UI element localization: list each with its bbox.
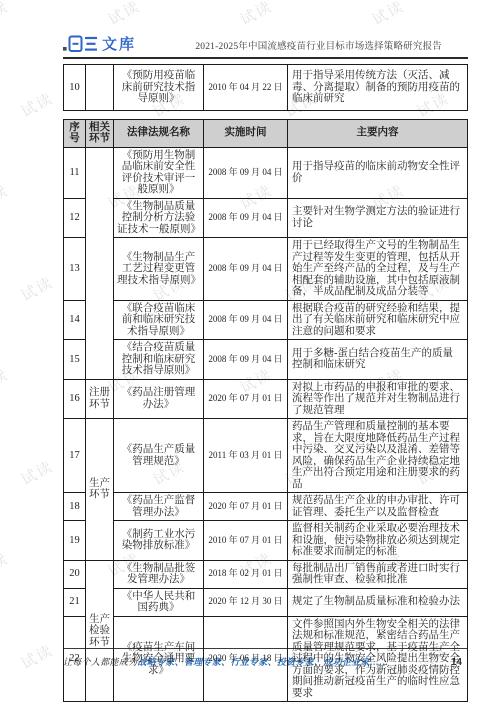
watermark-text: 试读: [0, 0, 12, 30]
page-header: 文库 2021-2025年中国流感疫苗行业目标市场选择策略研究报告: [63, 27, 468, 59]
content-cell: 用于已经取得生产文号的生物制品生产过程等发生变更的管理，包括从开始生产至终产品的…: [288, 238, 468, 301]
row-no-cell: 15: [64, 340, 86, 380]
header-date: 实施时间: [204, 119, 288, 147]
stage-cell: 生产检验环节: [86, 560, 114, 702]
date-cell: 2010 年 07 月 01 日: [204, 521, 288, 561]
site-logo: 文库: [63, 33, 136, 54]
header-no: 序号: [64, 119, 86, 147]
report-title: 2021-2025年中国流感疫苗行业目标市场选择策略研究报告: [195, 38, 442, 54]
law-name-cell: 《中华人民共和国药典》: [114, 588, 204, 616]
table-row: 12 《生物制品质量控制分析方法验证技术一般原则》 2008 年 09 月 04…: [64, 198, 468, 238]
table-row: 17 生产环节 《药品生产质量管理规范》 2011 年 03 月 01 日 药品…: [64, 419, 468, 493]
date-cell: 2020 年 12 月 30 日: [204, 588, 288, 616]
law-name-cell: 《疫苗生产车间生物安全通用要求》: [114, 616, 204, 702]
table-row: 14 《联合疫苗临床前和临床研究技术指导原则》 2008 年 09 月 04 日…: [64, 300, 468, 340]
content-cell: 药品生产管理和质量控制的基本要求，旨在大限度地降低药品生产过程中污染、交叉污染以…: [288, 419, 468, 493]
law-name-cell: 《预防用生物制品临床前安全性评价技术审评一般原则》: [114, 147, 204, 198]
regulations-table-continued: 10 《预防用疫苗临床前研究技术指导原则》 2010 年 04 月 22 日 用…: [63, 64, 468, 111]
content-cell: 对拟上市药品的申报和审批的要求、流程等作出了规范并对生物制品进行了规范管理: [288, 379, 468, 419]
row-no-cell: 14: [64, 300, 86, 340]
row-no-cell: 12: [64, 198, 86, 238]
row-no-cell: 18: [64, 493, 86, 521]
table-row: 11 《预防用生物制品临床前安全性评价技术审评一般原则》 2008 年 09 月…: [64, 147, 468, 198]
content-cell: 每批制品出厂销售前或者进口时实行强制性审查、检验和批准: [288, 560, 468, 588]
content-cell: 用于指导采用传统方法（灭活、减毒、分离提取）制备的预防用疫苗的临床前研究: [288, 65, 468, 111]
stage-cell: 注册环节: [86, 379, 114, 419]
law-name-cell: 《药品生产监督管理办法》: [114, 493, 204, 521]
stage-cell: 生产环节: [86, 419, 114, 561]
date-cell: 2020 年 06 月 18 日: [204, 616, 288, 702]
table-row: 10 《预防用疫苗临床前研究技术指导原则》 2010 年 04 月 22 日 用…: [64, 65, 468, 111]
content-cell: 规范药品生产企业的申办审批、许可证管理、委托生产以及监督检查: [288, 493, 468, 521]
law-name-cell: 《药品生产质量管理规范》: [114, 419, 204, 493]
content-cell: 规定了生物制品质量标准和检验办法: [288, 588, 468, 616]
row-no-cell: 16: [64, 379, 86, 419]
law-name-cell: 《预防用疫苗临床前研究技术指导原则》: [114, 65, 204, 111]
table-row: 13 《生物制品生产工艺过程变更管理技术指导原则》 2008 年 09 月 04…: [64, 238, 468, 301]
document-page: 文库 2021-2025年中国流感疫苗行业目标市场选择策略研究报告 10 《预防…: [63, 0, 468, 702]
table-row: 22 《疫苗生产车间生物安全通用要求》 2020 年 06 月 18 日 文件参…: [64, 616, 468, 702]
regulations-table: 序号 相关环节 法律法规名称 实施时间 主要内容 11 《预防用生物制品临床前安…: [63, 119, 468, 703]
logo-wordmark: 文库: [102, 33, 136, 54]
date-cell: 2011 年 03 月 01 日: [204, 419, 288, 493]
watermark-text: 试读: [0, 179, 12, 214]
table-row: 16 注册环节 《药品注册管理办法》 2020 年 07 月 01 日 对拟上市…: [64, 379, 468, 419]
watermark-text: 试读: [17, 87, 57, 122]
date-cell: 2008 年 09 月 04 日: [204, 238, 288, 301]
content-cell: 文件参照国内外生物安全相关的法律法规和标准规范，紧密结合药品生产质量管理规范要求…: [288, 616, 468, 702]
row-no-cell: 19: [64, 521, 86, 561]
table-row: 18 《药品生产监督管理办法》 2020 年 07 月 01 日 规范药品生产企…: [64, 493, 468, 521]
row-no-cell: 13: [64, 238, 86, 301]
content-cell: 主要针对生物学测定方法的验证进行讨论: [288, 198, 468, 238]
header-content: 主要内容: [288, 119, 468, 147]
logo-icon: [63, 34, 99, 54]
date-cell: 2008 年 09 月 04 日: [204, 198, 288, 238]
content-cell: 用于多糖-蛋白结合疫苗生产的质量控制和临床研究: [288, 340, 468, 380]
date-cell: 2020 年 07 月 01 日: [204, 493, 288, 521]
date-cell: 2008 年 09 月 04 日: [204, 147, 288, 198]
table-header-row: 序号 相关环节 法律法规名称 实施时间 主要内容: [64, 119, 468, 147]
date-cell: 2008 年 09 月 04 日: [204, 300, 288, 340]
content-cell: 用于指导疫苗的临床前动物安全性评价: [288, 147, 468, 198]
header-stage: 相关环节: [86, 119, 114, 147]
law-name-cell: 《生物制品质量控制分析方法验证技术一般原则》: [114, 198, 204, 238]
row-no-cell: 22: [64, 616, 86, 702]
watermark-text: 试读: [17, 271, 57, 306]
row-no-cell: 20: [64, 560, 86, 588]
date-cell: 2020 年 07 月 01 日: [204, 379, 288, 419]
table-row: 19 《制药工业水污染物排放标准》 2010 年 07 月 01 日 监督相关制…: [64, 521, 468, 561]
law-name-cell: 《生物制品生产工艺过程变更管理技术指导原则》: [114, 238, 204, 301]
table-row: 21 《中华人民共和国药典》 2020 年 12 月 30 日 规定了生物制品质…: [64, 588, 468, 616]
date-cell: 2010 年 04 月 22 日: [204, 65, 288, 111]
row-no-cell: 10: [64, 65, 86, 111]
watermark-text: 试读: [0, 547, 12, 582]
stage-cell: [86, 147, 114, 379]
law-name-cell: 《生物制品批签发管理办法》: [114, 560, 204, 588]
date-cell: 2008 年 09 月 04 日: [204, 340, 288, 380]
content-cell: 根据联合疫苗的研究经验和结果，提出了有关临床前研究和临床研究中应注意的问题和要求: [288, 300, 468, 340]
law-name-cell: 《药品注册管理办法》: [114, 379, 204, 419]
law-name-cell: 《联合疫苗临床前和临床研究技术指导原则》: [114, 300, 204, 340]
table-row: 15 《结合疫苗质量控制和临床研究技术指导原则》 2008 年 09 月 04 …: [64, 340, 468, 380]
watermark-text: 试读: [17, 455, 57, 490]
row-no-cell: 21: [64, 588, 86, 616]
watermark-text: 试读: [17, 639, 57, 674]
watermark-text: 试读: [0, 363, 12, 398]
law-name-cell: 《结合疫苗质量控制和临床研究技术指导原则》: [114, 340, 204, 380]
content-cell: 监督相关制药企业采取必要治理技术和设施，使污染物排放必须达到规定标准要求而制定的…: [288, 521, 468, 561]
date-cell: 2018 年 02 月 01 日: [204, 560, 288, 588]
stage-cell: [86, 65, 114, 111]
law-name-cell: 《制药工业水污染物排放标准》: [114, 521, 204, 561]
row-no-cell: 17: [64, 419, 86, 493]
table-row: 20 生产检验环节 《生物制品批签发管理办法》 2018 年 02 月 01 日…: [64, 560, 468, 588]
header-law-name: 法律法规名称: [114, 119, 204, 147]
row-no-cell: 11: [64, 147, 86, 198]
